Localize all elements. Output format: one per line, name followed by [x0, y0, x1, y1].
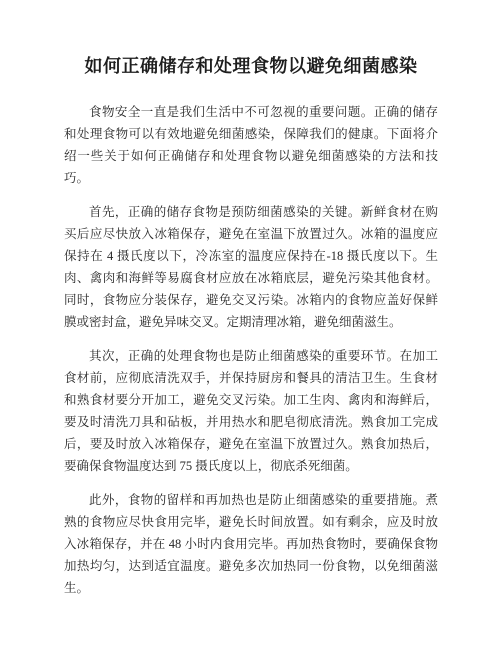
- document-title: 如何正确储存和处理食物以避免细菌感染: [0, 0, 502, 76]
- paragraph-handling: 其次，正确的处理食物也是防止细菌感染的重要环节。在加工食材前，应彻底清洗双手，并…: [64, 345, 438, 477]
- paragraph-storage: 首先，正确的储存食物是预防细菌感染的关键。新鲜食材在购买后应尽快放入冰箱保存，避…: [64, 201, 438, 333]
- paragraph-intro: 食物安全一直是我们生活中不可忽视的重要问题。正确的储存和处理食物可以有效地避免细…: [64, 101, 438, 189]
- document-body: 食物安全一直是我们生活中不可忽视的重要问题。正确的储存和处理食物可以有效地避免细…: [64, 101, 438, 599]
- paragraph-reheating: 此外，食物的留样和再加热也是防止细菌感染的重要措施。煮熟的食物应尽快食用完毕，避…: [64, 489, 438, 599]
- document-page: 如何正确储存和处理食物以避免细菌感染 食物安全一直是我们生活中不可忽视的重要问题…: [0, 0, 502, 649]
